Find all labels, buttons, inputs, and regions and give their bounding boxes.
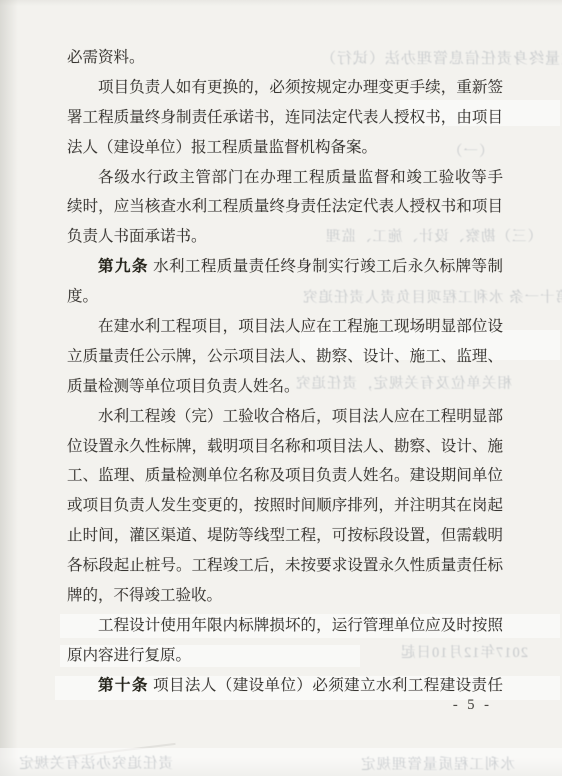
document-line: 必需资料。 <box>67 43 503 73</box>
document-line: 质量检测等单位项目负责人姓名。 <box>67 372 503 402</box>
document-line: 各级水行政主管部门在办理工程质量监督和竣工验收等手 <box>67 163 503 193</box>
scanned-document-page: { "page": { "number": "- 5 -", "paper_co… <box>0 0 562 776</box>
document-line: 位设置永久性标牌，载明项目名称和项目法人、勘察、设计、施 <box>67 432 503 462</box>
document-line: 第九条 水利工程质量责任终身制实行竣工后永久标牌等制 <box>67 252 503 282</box>
document-line: 牌的，不得竣工验收。 <box>67 581 503 611</box>
document-line: 负责人书面承诺书。 <box>67 222 503 252</box>
document-body: 必需资料。 项目负责人如有更换的，必须按规定办理变更手续，重新签 署工程质量终身… <box>67 43 503 701</box>
document-line: 各标段起止桩号。工程竣工后，未按要求设置永久性质量责任标 <box>67 551 503 581</box>
page-number: - 5 - <box>453 697 492 714</box>
article-number: 第九条 <box>98 258 149 275</box>
document-line: 项目负责人如有更换的，必须按规定办理变更手续，重新签 <box>67 73 503 103</box>
scan-shadow-top <box>0 0 562 6</box>
document-line: 工、监理、质量检测单位名称及项目负责人姓名。建设期间单位 <box>67 461 503 491</box>
article-number: 第十条 <box>98 677 149 694</box>
document-line: 续时，应当核查水利工程质量终身责任法定代表人授权书和项目 <box>67 192 503 222</box>
document-line: 法人（建设单位）报工程质量监督机构备案。 <box>67 133 503 163</box>
bleedthrough-text: 责任追究办法有关规定 <box>18 752 173 773</box>
document-line: 水利工程竣（完）工验收合格后，项目法人应在工程明显部 <box>67 402 503 432</box>
scan-shadow-left <box>0 0 18 776</box>
document-line: 立质量责任公示牌，公示项目法人、勘察、设计、施工、监理、 <box>67 342 503 372</box>
document-line: 或项目负责人发生变更的，按照时间顺序排列，并注明其在岗起 <box>67 491 503 521</box>
document-line: 原内容进行复原。 <box>67 641 503 671</box>
document-line: 在建水利工程项目，项目法人应在工程施工现场明显部位设 <box>67 312 503 342</box>
document-line: 止时间，灌区渠道、堤防等线型工程，可按标段设置，但需载明 <box>67 521 503 551</box>
bleedthrough-text: 水利工程质量管理规定 <box>360 753 515 774</box>
document-line: 第十条 项目法人（建设单位）必须建立水利工程建设责任 <box>67 671 503 701</box>
document-line: 署工程质量终身制责任承诺书，连同法定代表人授权书，由项目 <box>67 103 503 133</box>
document-line: 度。 <box>67 282 503 312</box>
document-line: 工程设计使用年限内标牌损坏的，运行管理单位应及时按照 <box>67 611 503 641</box>
